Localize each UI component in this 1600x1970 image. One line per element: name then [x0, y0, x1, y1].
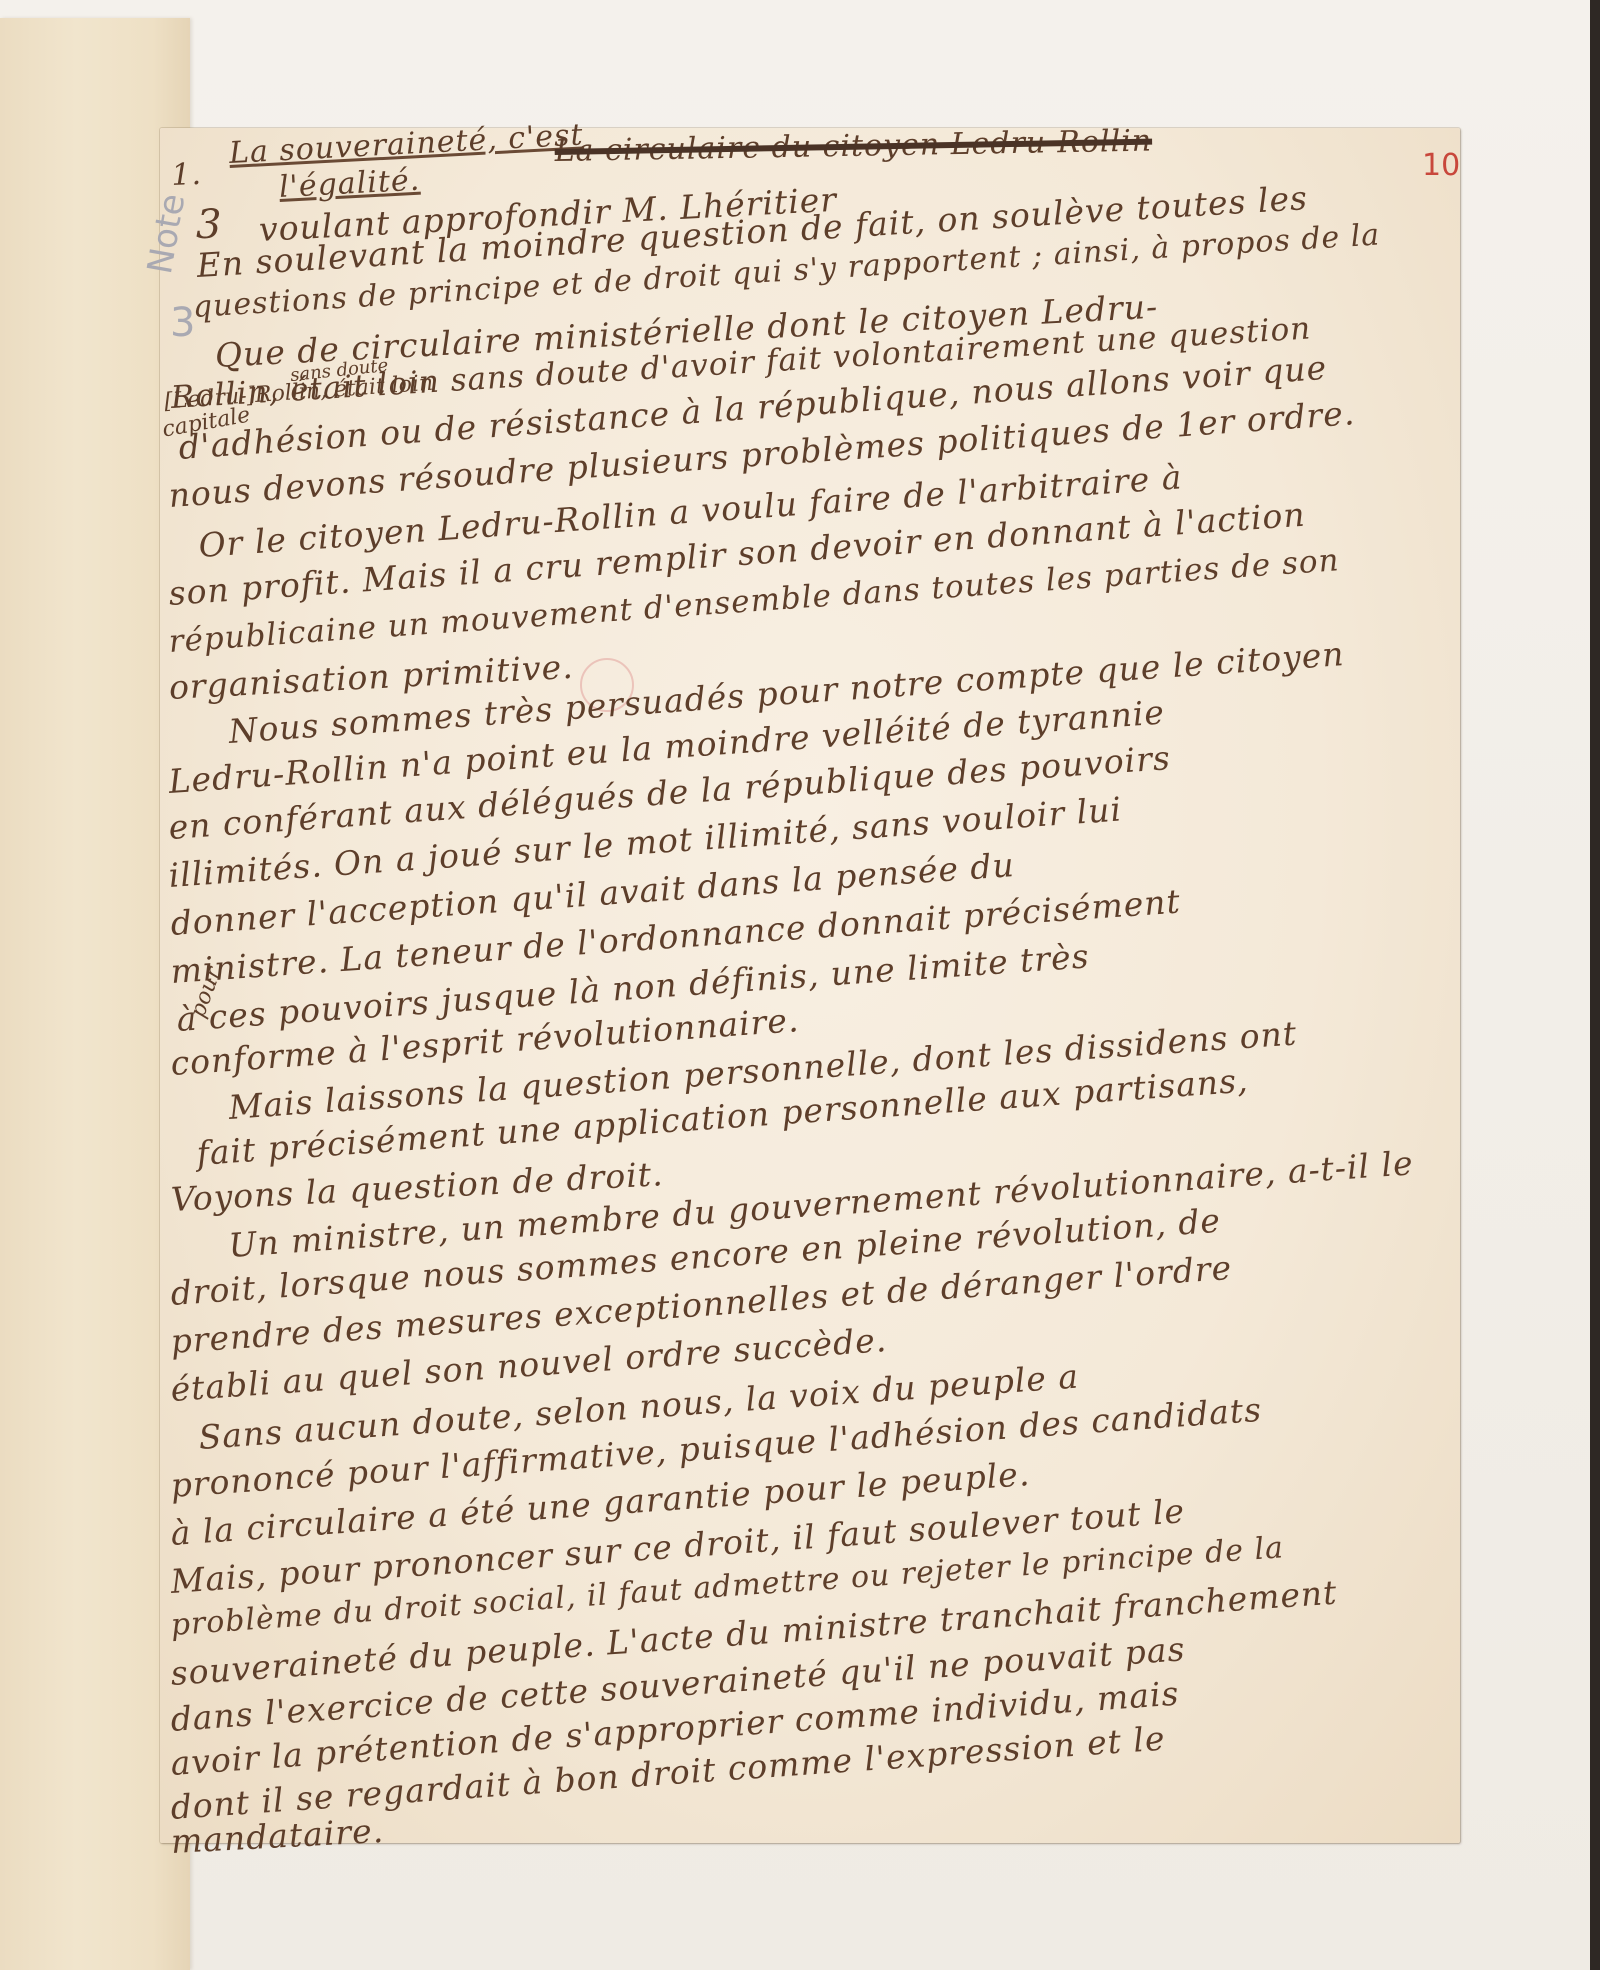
pencil-number-mark: 3: [170, 300, 195, 346]
dark-frame-edge: [1590, 0, 1600, 1970]
heading-number: 1.: [171, 157, 203, 193]
heading-title-line2: l'égalité.: [278, 163, 421, 205]
section-number: 3: [196, 202, 222, 248]
struck-heading: La circulaire du citoyen Ledru-Rollin: [554, 124, 1152, 169]
